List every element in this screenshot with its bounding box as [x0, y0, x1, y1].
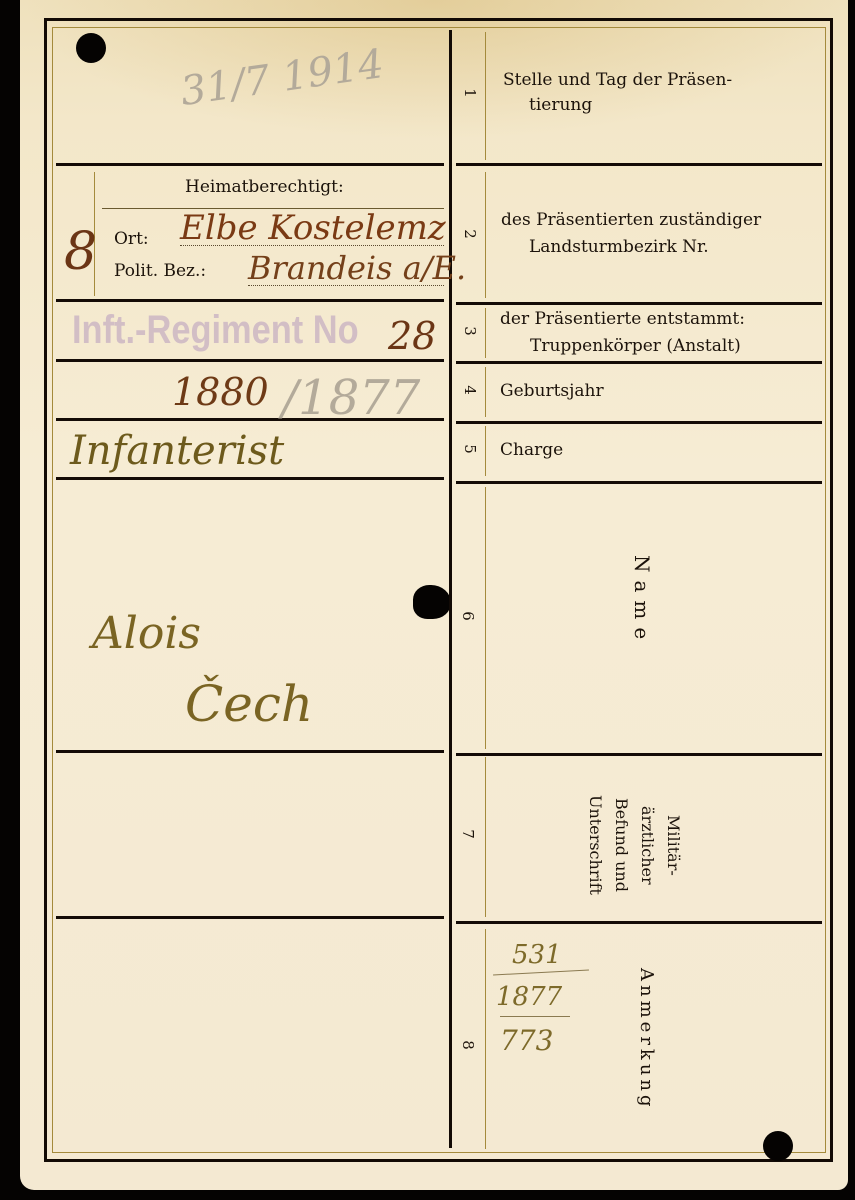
number-column-rule [485, 929, 486, 1149]
row4-label: Geburtsjahr [500, 379, 604, 403]
row-divider [456, 163, 822, 166]
row-divider [456, 302, 822, 305]
row3-number: 3 [461, 321, 479, 341]
number-column-rule [485, 757, 486, 917]
row1-label-line2: tierung [529, 93, 592, 117]
ort-label: Ort: [114, 229, 149, 249]
row4-number: 4 [461, 380, 479, 400]
punch-hole-middle [413, 585, 451, 619]
row8-value-line3: 773 [500, 1024, 553, 1057]
row-divider [56, 916, 444, 919]
row7-label: Militär- ärztlicher Befund und Unterschr… [582, 790, 686, 900]
number-column-rule [485, 172, 486, 298]
row2-number: 2 [461, 224, 479, 244]
row-divider [56, 299, 444, 302]
row2-label-line1: des Präsentierten zuständiger [501, 208, 761, 232]
number-column-rule [485, 487, 486, 749]
number-column-rule [485, 32, 486, 160]
polit-bez-value: Brandeis a/E. [248, 249, 466, 287]
row2-label-line2: Landsturmbezirk Nr. [529, 235, 709, 259]
ort-value: Elbe Kostelетz [180, 208, 446, 248]
row2-heading: Heimatberechtigt: [185, 177, 344, 197]
row8-value-line2: 1877 [496, 982, 562, 1012]
row7-label-line: Unterschrift [586, 795, 605, 895]
center-divider [449, 30, 452, 1148]
row-divider [456, 921, 822, 924]
number-column-rule [485, 426, 486, 476]
row4-pencil-note: /1877 [282, 370, 420, 426]
row-divider [456, 361, 822, 364]
row5-value-rank: Infanterist [70, 428, 284, 474]
row5-number: 5 [461, 439, 479, 459]
punch-hole-bottom-right [763, 1131, 793, 1161]
row8-label: Anmerkung [636, 968, 657, 1111]
number-column-rule [485, 308, 486, 358]
row-divider [456, 421, 822, 424]
row8-number: 8 [459, 1035, 477, 1055]
punch-hole-top-left [76, 33, 106, 63]
row6-last-name: Čech [185, 675, 313, 733]
row7-label-line: Befund und [612, 798, 631, 892]
row6-number: 6 [459, 606, 477, 626]
row7-label-line: Militär- [664, 815, 683, 876]
row8-value-line1: 531 [512, 940, 562, 970]
row3-label-line2: Truppenkörper (Anstalt) [530, 334, 741, 358]
row5-label: Charge [500, 438, 563, 462]
row7-label-line: ärztlicher [638, 806, 657, 885]
row1-label-line1: Stelle und Tag der Präsen- [503, 68, 732, 92]
row1-number: 1 [461, 83, 479, 103]
polit-bez-label: Polit. Bez.: [114, 261, 206, 281]
row3-value-regiment-number: 28 [388, 314, 436, 358]
row-divider [56, 750, 444, 753]
row-divider [456, 481, 822, 484]
regiment-stamp: Inft.-Regiment No [72, 308, 359, 353]
row-divider [456, 753, 822, 756]
row-divider [56, 359, 444, 362]
row-divider [56, 477, 444, 480]
row7-number: 7 [459, 824, 477, 844]
row4-value-birth-year: 1880 [172, 370, 269, 414]
number-column-rule [485, 367, 486, 417]
row3-label-line1: der Präsentierte entstammt: [500, 307, 745, 331]
row6-first-name: Alois [92, 608, 201, 659]
row8-fraction-rule [500, 1016, 570, 1017]
row2-margin-mark: 8 [64, 222, 97, 282]
row-divider [56, 163, 444, 166]
row6-label: Name [630, 555, 654, 647]
